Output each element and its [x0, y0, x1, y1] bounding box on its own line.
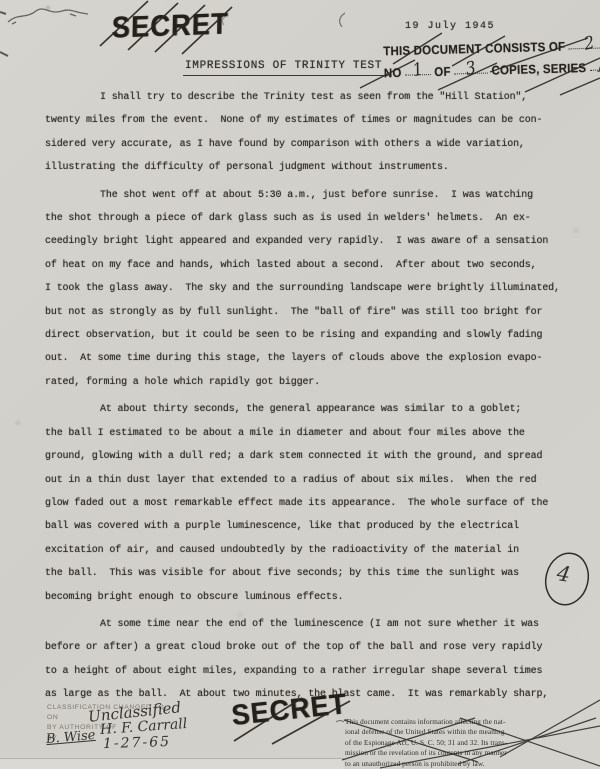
- copies-total-blank: 3: [454, 59, 488, 74]
- copy-number-handwritten: 1: [411, 59, 425, 80]
- consists-line-2: NO 1 OF 3 COPIES, SERIES A: [384, 55, 600, 84]
- text-line: ball was covered with a purple luminesce…: [45, 515, 579, 538]
- text-line: out in a thin dust layer that extended t…: [45, 469, 579, 492]
- scan-edge: [0, 758, 344, 769]
- series-value-handwritten: A: [596, 54, 600, 75]
- of-label: OF: [434, 66, 451, 80]
- document-body: I shall try to describe the Trinity test…: [45, 86, 579, 707]
- copies-total-handwritten: 3: [464, 58, 478, 79]
- text-line: rated, forming a hole which rapidly got …: [45, 371, 579, 394]
- text-line: the ball I estimated to be about a mile …: [45, 422, 579, 445]
- text-line: the ball. This was visible for about fiv…: [45, 562, 579, 585]
- series-blank: A: [589, 56, 600, 71]
- text-line: illustrating the difficulty of personal …: [45, 156, 579, 179]
- text-line: twenty miles from the event. None of my …: [45, 109, 579, 132]
- legal-line: of the Espionage Act, U. S. C. 50; 31 an…: [345, 738, 591, 748]
- text-line: I took the glass away. The sky and the s…: [45, 277, 579, 300]
- text-line: but not as strongly as by full sunlight.…: [45, 301, 579, 324]
- legal-line: This document contains information affec…: [345, 717, 591, 727]
- paragraph-3: At about thirty seconds, the general app…: [45, 398, 579, 609]
- text-line: sidered very accurate, as I have found b…: [45, 133, 579, 156]
- copies-series-label: COPIES, SERIES: [491, 62, 586, 78]
- text-line: At some time near the end of the lumines…: [45, 613, 579, 636]
- legal-line: mission or the revelation of its content…: [345, 748, 591, 758]
- text-line: of heat on my face and hands, which last…: [45, 254, 579, 277]
- document-page: 19 July 1945 IMPRESSIONS OF TRINITY TEST…: [0, 0, 600, 769]
- handwriting-by-name: B. Wise: [45, 728, 96, 747]
- legal-line: to an unauthorized person is prohibited …: [345, 759, 591, 769]
- copy-number-blank: 1: [405, 61, 431, 76]
- text-line: ceedingly bright light appeared and expa…: [45, 230, 579, 253]
- text-line: excitation of air, and caused undoubtedl…: [45, 539, 579, 562]
- pages-blank: 2: [568, 34, 600, 49]
- paragraph-2: The shot went off at about 5:30 a.m., ju…: [45, 184, 579, 395]
- paragraph-1: I shall try to describe the Trinity test…: [45, 86, 579, 180]
- secret-stamp-top: SECRET: [111, 6, 229, 46]
- text-line: The shot went off at about 5:30 a.m., ju…: [45, 184, 579, 207]
- espionage-act-notice: This document contains information affec…: [345, 717, 591, 769]
- text-line: glow faded out a most remarkable effect …: [45, 492, 579, 515]
- consists-stamp: THIS DOCUMENT CONSISTS OF 2 PAG NO 1 OF …: [383, 33, 600, 84]
- text-line: direct observation, but it could be seen…: [45, 324, 579, 347]
- handwriting-date: 1-27-65: [103, 734, 172, 752]
- legal-line: ional defense of the United States withi…: [345, 727, 591, 737]
- text-line: to a height of about eight miles, expand…: [45, 660, 579, 683]
- text-line: I shall try to describe the Trinity test…: [45, 86, 579, 109]
- text-line: before or after) a great cloud broke out…: [45, 636, 579, 659]
- text-line: ground, glowing with a dull red; a dark …: [45, 445, 579, 468]
- text-line: At about thirty seconds, the general app…: [45, 398, 579, 421]
- consists-prefix: THIS DOCUMENT CONSISTS OF: [383, 41, 565, 59]
- paren-pencil-mark: [340, 13, 345, 27]
- pages-value-handwritten: 2: [583, 33, 597, 54]
- copy-no-label: NO: [384, 67, 402, 81]
- document-date: 19 July 1945: [405, 21, 495, 32]
- text-line: becoming bright enough to obscure lumino…: [45, 586, 579, 609]
- left-edge-marks: [0, 12, 8, 56]
- text-line: the shot through a piece of dark glass s…: [45, 207, 579, 230]
- text-line: out. At some time during this stage, the…: [45, 347, 579, 370]
- page-title: IMPRESSIONS OF TRINITY TEST: [183, 60, 388, 76]
